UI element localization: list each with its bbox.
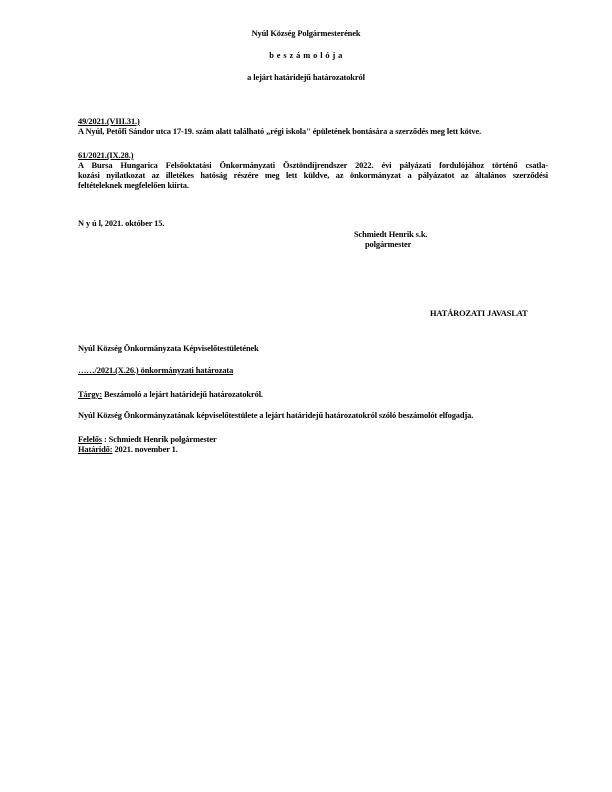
resolution-text-2-line-1: A Bursa Hungarica Felsőoktatási Önkormán… [78, 161, 548, 171]
proposal-heading: HATÁROZATI JAVASLAT [430, 309, 528, 319]
header-recipient: Nyúl Község Polgármesterének [0, 29, 612, 39]
signature-title: polgármester [365, 240, 411, 250]
proposal-deadline: Határidő: 2021. november 1. [78, 445, 178, 455]
resolution-text-2-line-2: kozási nyilatkozat az illetékes hatóság … [78, 171, 548, 181]
deadline-label: Határidő: [78, 445, 112, 454]
deadline-value: 2021. november 1. [112, 445, 177, 454]
resolution-number-2: 61/2021.(IX.28.) [78, 151, 133, 161]
resolution-number-1: 49/2021.(VIII.31.) [78, 117, 140, 127]
resolution-text-2-line-3: feltételeknek megfelelően kiírta. [78, 181, 189, 191]
place-date: N y ú l, 2021. október 15. [78, 219, 164, 229]
resolution-text-1: A Nyúl, Petőfi Sándor utca 17-19. szám a… [78, 127, 481, 137]
document-page: Nyúl Község Polgármesterének b e s z á m… [0, 0, 612, 792]
proposal-subject: Tárgy: Beszámoló a lejárt határidejű hat… [78, 390, 263, 400]
proposal-body: Nyúl Község Önkormányzatának képviselőte… [78, 411, 473, 421]
header-doc-type: b e s z á m o l ó j a [0, 51, 612, 61]
subject-text: Beszámoló a lejárt határidejű határozato… [102, 390, 263, 399]
responsible-value: Schmiedt Henrik polgármester [109, 435, 217, 444]
proposal-resolution-number: ……/2021.(X.26.) önkormányzati határozata [78, 366, 233, 376]
proposal-addressee: Nyúl Község Önkormányzata Képviselőtestü… [78, 344, 259, 354]
responsible-label: Felelős [78, 435, 102, 444]
subject-label: Tárgy: [78, 390, 102, 399]
proposal-responsible: Felelős : Schmiedt Henrik polgármester [78, 435, 217, 445]
responsible-separator: : [102, 435, 109, 444]
header-subject: a lejárt határidejű határozatokról [0, 73, 612, 83]
signature-name: Schmiedt Henrik s.k. [354, 230, 427, 240]
